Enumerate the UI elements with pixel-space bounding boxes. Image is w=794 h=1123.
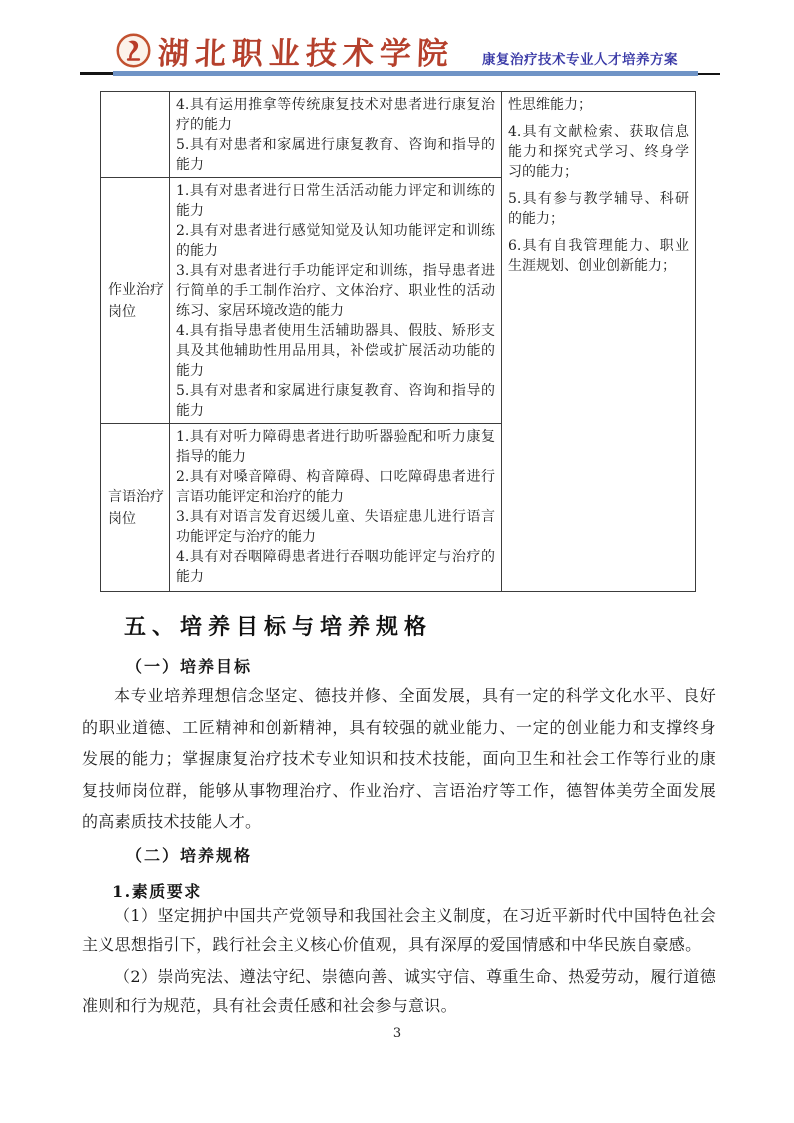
divider-segment-left [80,72,113,75]
general-abilities-cell: 性思维能力； 4.具有文献检索、获取信息能力和探究式学习、终身学习的能力； 5.… [502,92,696,592]
ability-item: 2.具有对患者进行感觉知觉及认知功能评定和训练的能力 [176,221,495,261]
ability-item: 5.具有对患者和家属进行康复教育、咨询和指导的能力 [176,381,495,421]
position-cell: 作业治疗岗位 [101,178,170,424]
ability-item: 2.具有对嗓音障碍、构音障碍、口吃障碍患者进行言语功能评定和治疗的能力 [176,467,495,507]
divider-segment-right [698,73,720,75]
quality-item-2: （2）崇尚宪法、遵法守纪、崇德向善、诚实守信、尊重生命、热爱劳动，履行道德准则和… [82,962,716,1020]
page-number: 3 [0,1026,794,1041]
general-ability-item: 5.具有参与教学辅导、科研的能力； [508,189,689,229]
document-title: 康复治疗技术专业人才培养方案 [482,48,718,68]
ability-item: 1.具有对听力障碍患者进行助听器验配和听力康复指导的能力 [176,427,495,467]
abilities-cell: 1.具有对听力障碍患者进行助听器验配和听力康复指导的能力 2.具有对嗓音障碍、构… [170,424,502,592]
section-heading: 五、培养目标与培养规格 [124,610,432,641]
divider-segment-blue [113,71,698,76]
header-divider [80,70,720,77]
abilities-cell: 1.具有对患者进行日常生活活动能力评定和训练的能力 2.具有对患者进行感觉知觉及… [170,178,502,424]
general-ability-item: 性思维能力； [508,95,689,115]
school-name: 湖北职业技术学院 [157,28,455,73]
ability-item: 4.具有运用推拿等传统康复技术对患者进行康复治疗的能力 [176,95,495,135]
abilities-table: 4.具有运用推拿等传统康复技术对患者进行康复治疗的能力 5.具有对患者和家属进行… [100,91,696,592]
objectives-paragraph: 本专业培养理想信念坚定、德技并修、全面发展，具有一定的科学文化水平、良好的职业道… [82,680,716,838]
ability-item: 1.具有对患者进行日常生活活动能力评定和训练的能力 [176,181,495,221]
subsection-heading-specifications: （二）培养规格 [126,843,252,866]
table-row: 4.具有运用推拿等传统康复技术对患者进行康复治疗的能力 5.具有对患者和家属进行… [101,92,696,178]
quality-requirements-heading: 1.素质要求 [112,879,202,902]
ability-item: 4.具有对吞咽障碍患者进行吞咽功能评定与治疗的能力 [176,547,495,587]
position-cell-empty [101,92,170,178]
subsection-heading-objectives: （一）培养目标 [126,654,252,677]
school-seal-icon [116,33,151,68]
abilities-cell: 4.具有运用推拿等传统康复技术对患者进行康复治疗的能力 5.具有对患者和家属进行… [170,92,502,178]
document-page: 湖北职业技术学院 康复治疗技术专业人才培养方案 4.具有运用推拿等传统康复技术对… [0,0,794,1123]
position-cell: 言语治疗岗位 [101,424,170,592]
general-ability-item: 4.具有文献检索、获取信息能力和探究式学习、终身学习的能力； [508,122,689,182]
ability-item: 4.具有指导患者使用生活辅助器具、假肢、矫形支具及其他辅助性用品用具，补偿或扩展… [176,321,495,381]
ability-item: 3.具有对语言发育迟缓儿童、失语症患儿进行语言功能评定与治疗的能力 [176,507,495,547]
general-ability-item: 6.具有自我管理能力、职业生涯规划、创业创新能力； [508,236,689,276]
ability-item: 5.具有对患者和家属进行康复教育、咨询和指导的能力 [176,135,495,175]
quality-item-1: （1）坚定拥护中国共产党领导和我国社会主义制度，在习近平新时代中国特色社会主义思… [82,901,716,959]
ability-item: 3.具有对患者进行手功能评定和训练，指导患者进行简单的手工制作治疗、文体治疗、职… [176,261,495,321]
